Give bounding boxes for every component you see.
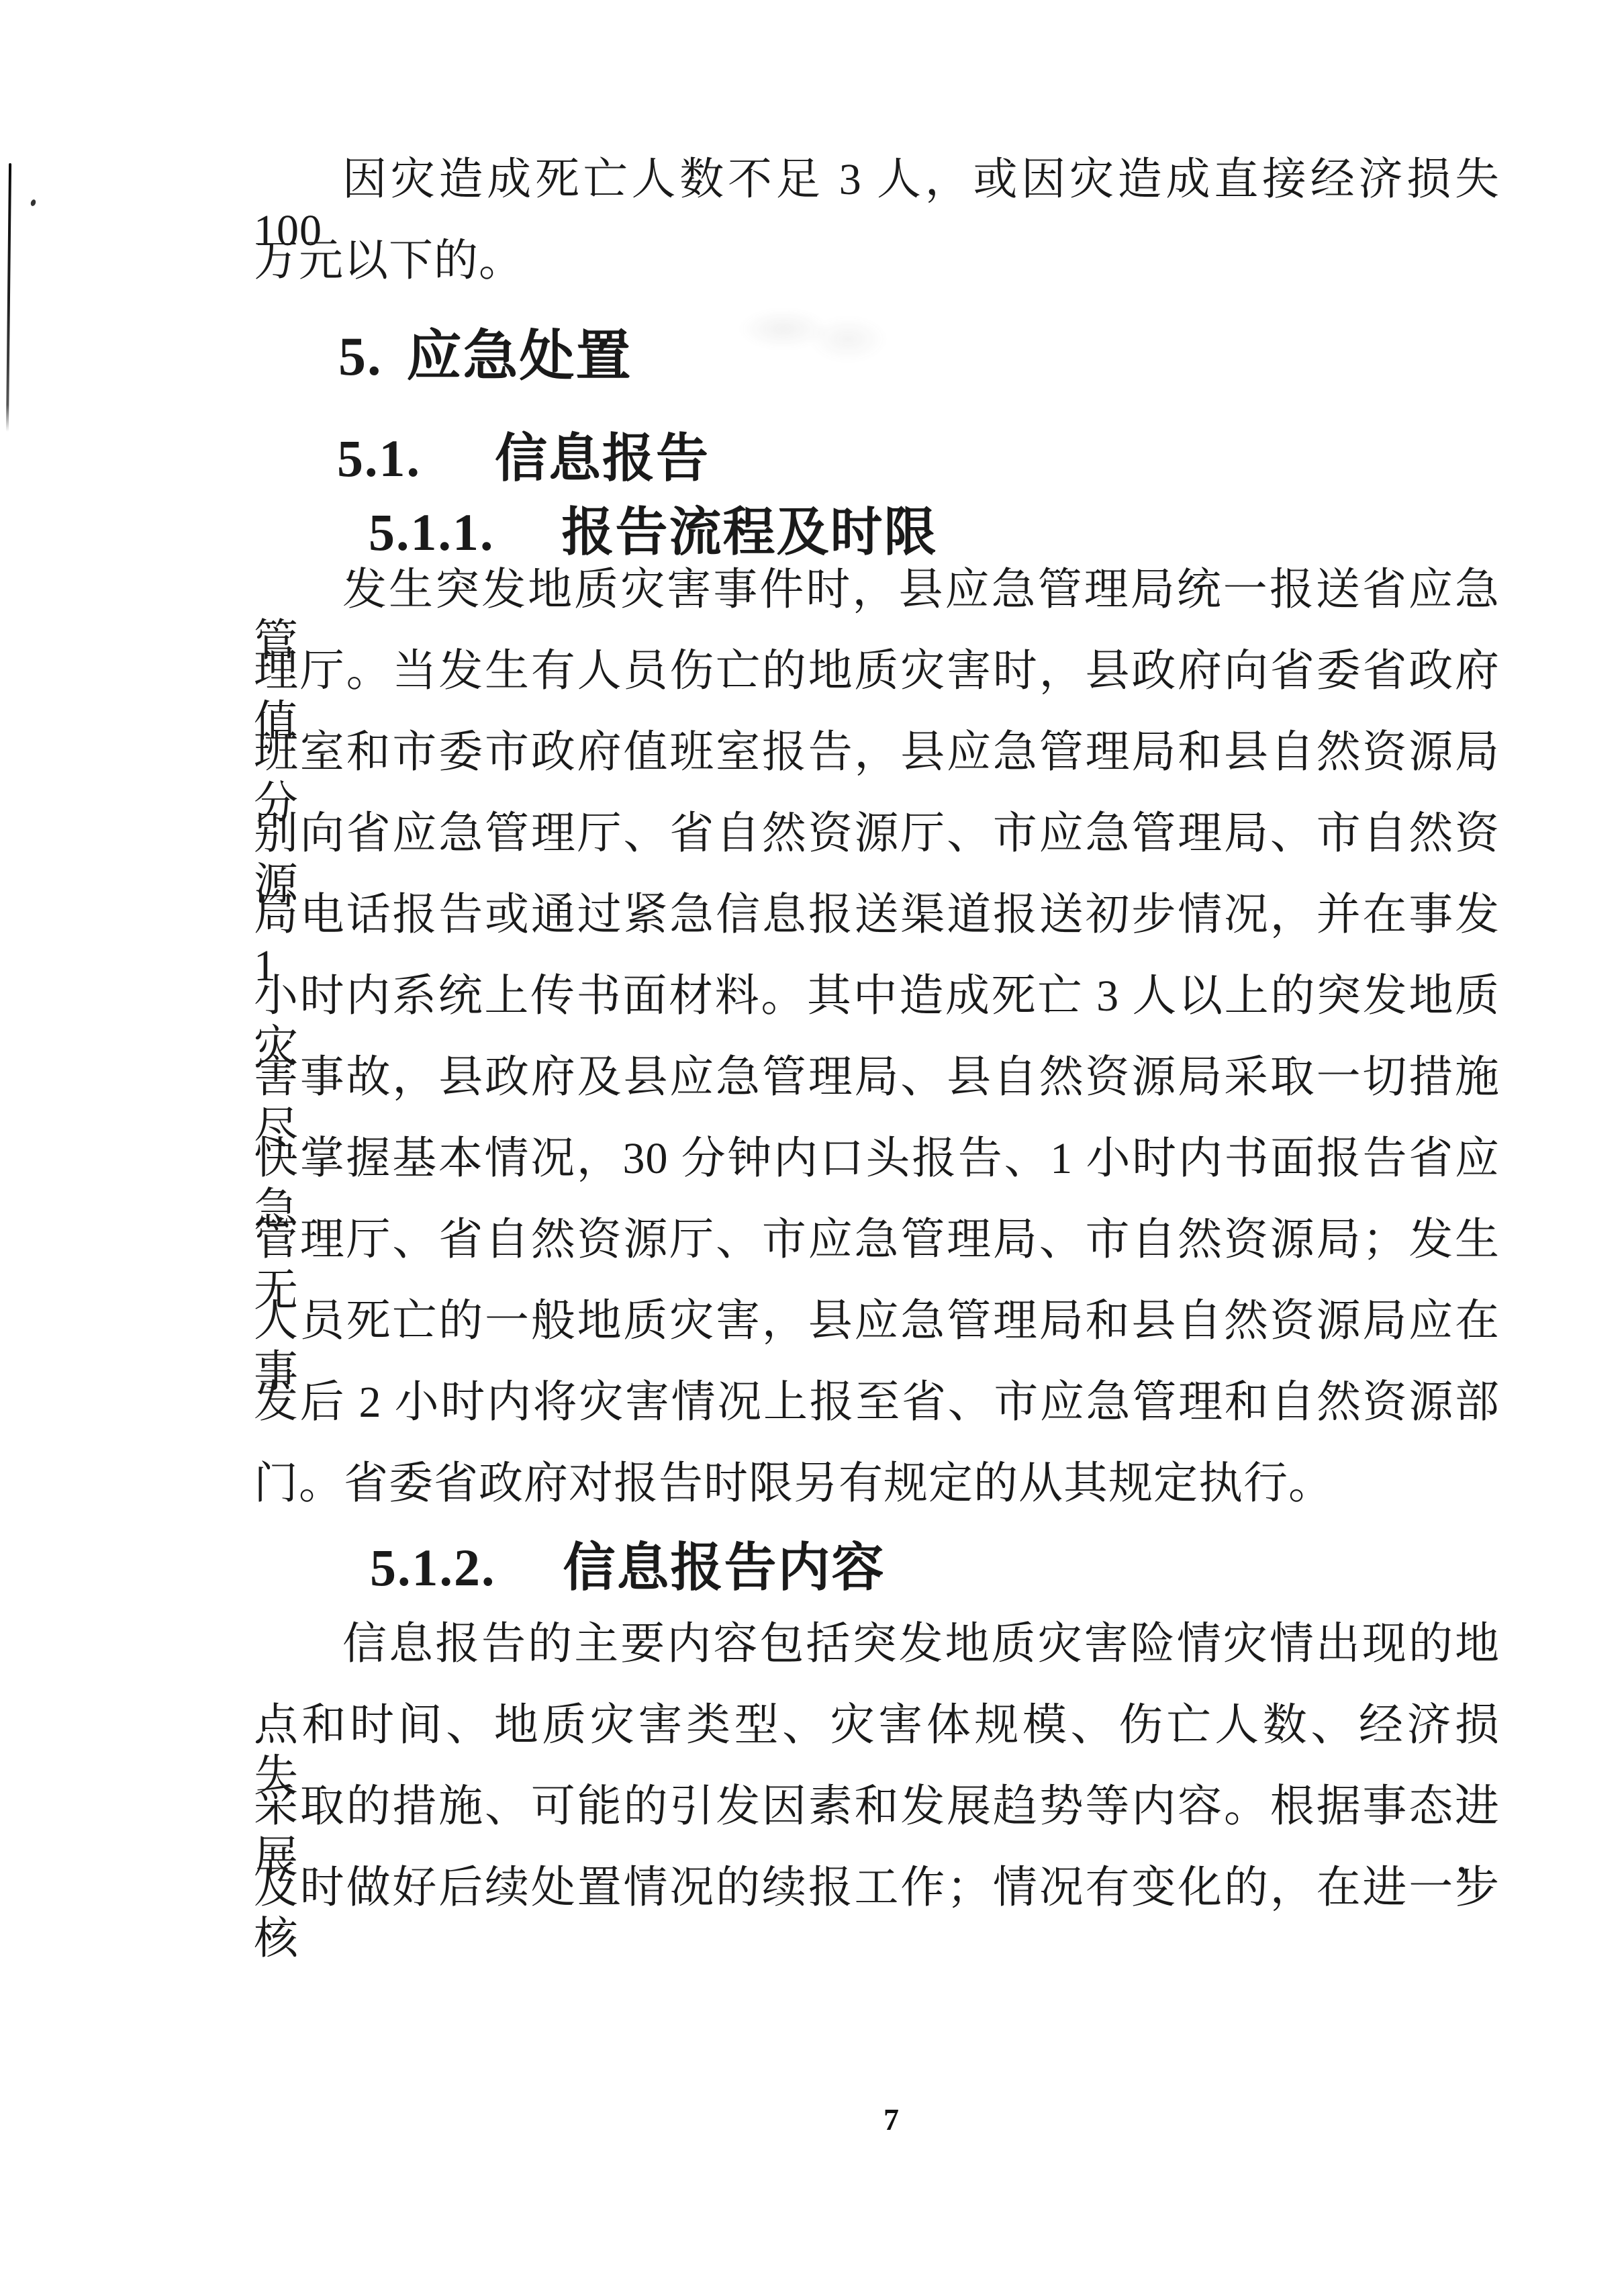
- heading-number: 5.: [338, 326, 383, 387]
- page-number: 7: [883, 2102, 899, 2137]
- heading-subsection-2: 5.1.2.信息报告内容: [370, 1538, 886, 1598]
- heading-number: 5.1.: [337, 429, 421, 487]
- body-line: 及时做好后续处置情况的续报工作；情况有变化的，在进一步核: [254, 1863, 1500, 1965]
- heading-title: 信息报告: [495, 429, 710, 487]
- heading-title: 报告流程及时限: [562, 503, 938, 561]
- heading-section: 5.1.信息报告: [337, 428, 710, 489]
- heading-subsection-1: 5.1.1.报告流程及时限: [369, 502, 938, 563]
- heading-number: 5.1.2.: [370, 1538, 496, 1597]
- document-text-block: 因灾造成死亡人数不足 3 人，或因灾造成直接经济损失 100万元以下的。5.应急…: [0, 0, 1624, 2291]
- body-line: 万元以下的。: [254, 236, 1500, 287]
- body-line: 门。省委省政府对报告时限另有规定的从其规定执行。: [254, 1458, 1500, 1509]
- heading-number: 5.1.1.: [369, 503, 495, 561]
- heading-title: 信息报告内容: [563, 1538, 886, 1597]
- document-page: 因灾造成死亡人数不足 3 人，或因灾造成直接经济损失 100万元以下的。5.应急…: [0, 0, 1624, 2291]
- body-line: 信息报告的主要内容包括突发地质灾害险情灾情出现的地: [254, 1619, 1500, 1670]
- heading-chapter: 5.应急处置: [338, 325, 632, 388]
- body-line: 发后 2 小时内将灾害情况上报至省、市应急管理和自然资源部: [254, 1377, 1500, 1428]
- heading-title: 应急处置: [407, 326, 632, 387]
